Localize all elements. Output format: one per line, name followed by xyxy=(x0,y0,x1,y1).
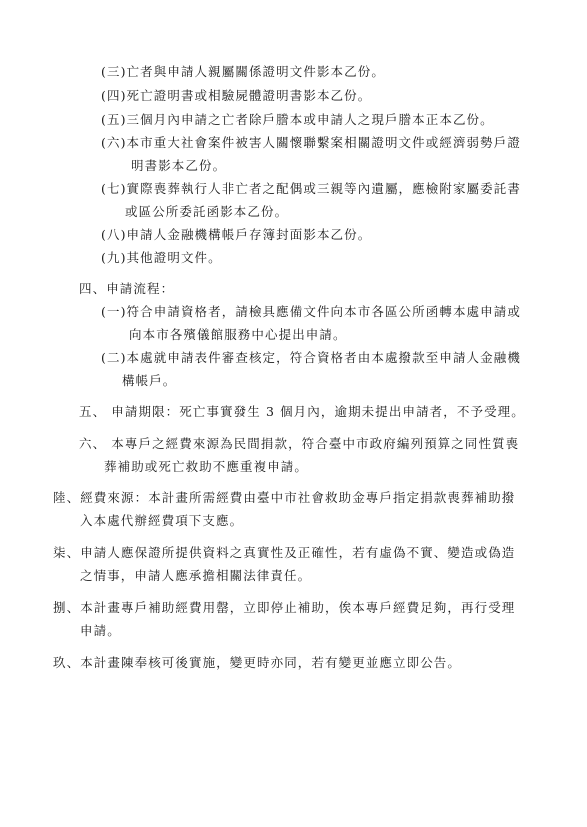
document-line: 入本處代辦經費項下支應。 xyxy=(80,513,243,529)
document-line: (二)本處就申請表件審查核定，符合資格者由本處撥款至申請人金融機 xyxy=(101,350,521,366)
document-line: 柒、申請人應保證所提供資料之真實性及正確性，若有虛偽不實、變造或偽造 xyxy=(53,545,515,561)
document-line: (三)亡者與申請人親屬關係證明文件影本乙份。 xyxy=(101,64,385,80)
document-line: 或區公所委託函影本乙份。 xyxy=(125,204,288,220)
document-line: 申請。 xyxy=(80,623,121,639)
document-line: 之情事，申請人應承擔相關法律責任。 xyxy=(80,568,311,584)
document-line: 四、申請流程： xyxy=(79,281,174,297)
document-line: (九)其他證明文件。 xyxy=(101,250,222,266)
document-line: (一)符合申請資格者，請檢具應備文件向本市各區公所函轉本處申請或 xyxy=(101,304,521,320)
document-line: 五、 申請期限：死亡事實發生 3 個月內，逾期未提出申請者，不予受理。 xyxy=(79,404,525,420)
document-line: 陸、經費來源：本計畫所需經費由臺中市社會救助金專戶指定捐款喪葬補助撥 xyxy=(53,490,515,506)
document-line: (四)死亡證明書或相驗屍體證明書影本乙份。 xyxy=(101,88,371,104)
document-line: (七)實際喪葬執行人非亡者之配偶或三親等內遺屬，應檢附家屬委託書 xyxy=(101,181,521,197)
document-line: (五)三個月內申請之亡者除戶謄本或申請人之現戶謄本正本乙份。 xyxy=(101,112,494,128)
document-line: 玖、本計畫陳奉核可後實施，變更時亦同，若有變更並應立即公告。 xyxy=(53,655,461,671)
document-line: 構帳戶。 xyxy=(122,373,176,389)
document-line: 六、 本專戶之經費來源為民間捐款，符合臺中市政府編列預算之同性質喪 xyxy=(79,436,519,452)
document-line: (六)本市重大社會案件被害人關懷聯繫案相關證明文件或經濟弱勢戶證 xyxy=(101,135,521,151)
document-page: (三)亡者與申請人親屬關係證明文件影本乙份。(四)死亡證明書或相驗屍體證明書影本… xyxy=(0,0,587,827)
document-line: (八)申請人金融機構帳戶存簿封面影本乙份。 xyxy=(101,227,371,243)
document-line: 捌、本計畫專戶補助經費用罄，立即停止補助，俟本專戶經費足夠，再行受理 xyxy=(53,600,515,616)
document-line: 向本市各殯儀館服務中心提出申請。 xyxy=(129,327,347,343)
document-line: 明書影本乙份。 xyxy=(131,158,226,174)
document-line: 葬補助或死亡救助不應重複申請。 xyxy=(104,459,308,475)
